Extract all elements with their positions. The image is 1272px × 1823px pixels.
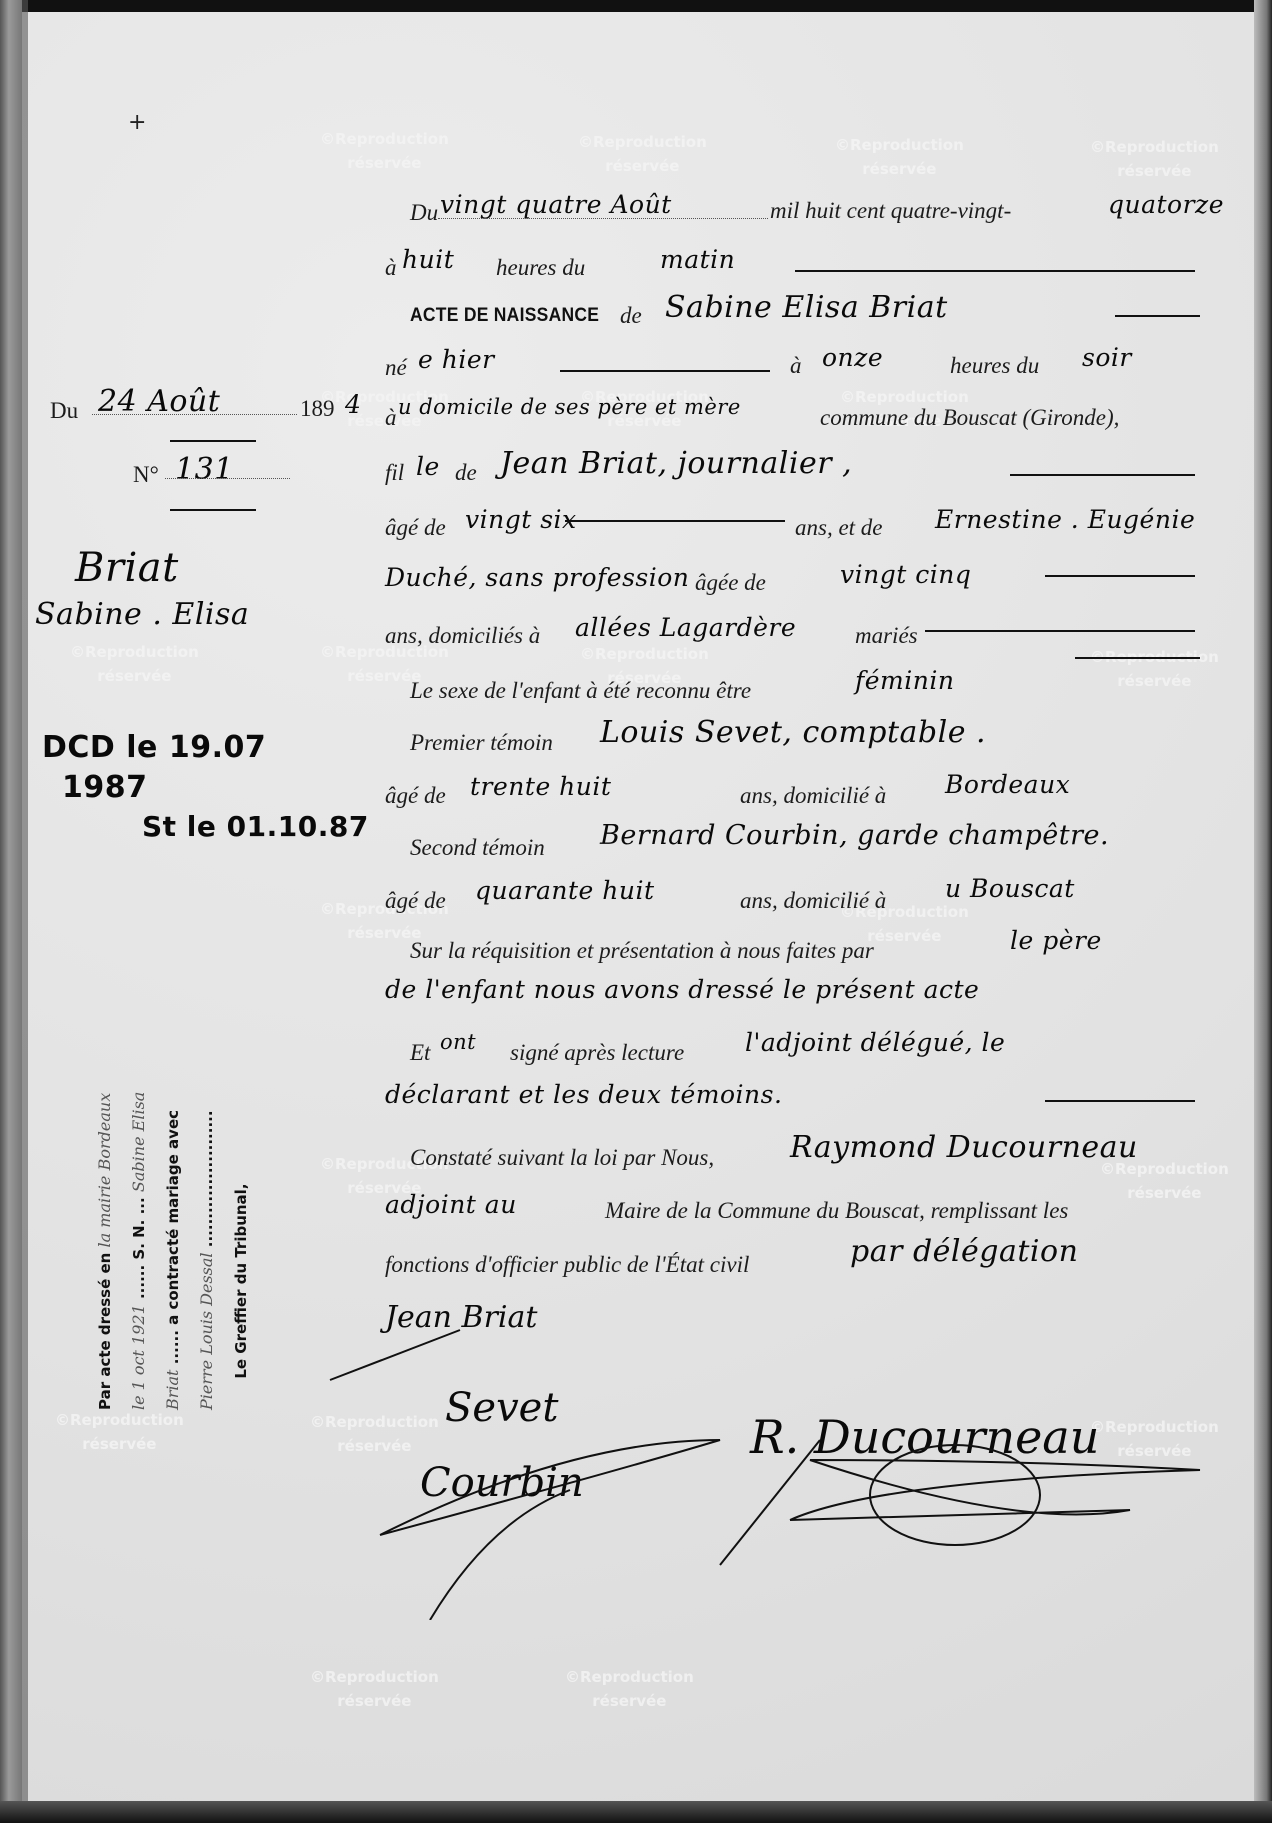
officer-name: Raymond Ducourneau [790, 1130, 1138, 1165]
second-witness-residence: u Bouscat [945, 874, 1075, 903]
margin-rule [170, 509, 256, 511]
document-title: ACTE DE NAISSANCE [410, 305, 599, 327]
text-fil: fil [385, 460, 404, 486]
parents-address: allées Lagardère [575, 613, 796, 642]
page-right-edge [1254, 0, 1272, 1823]
year-printed: mil huit cent quatre-vingt- [770, 198, 1011, 224]
text-heures-du: heures du [496, 255, 585, 281]
text-signe-apres: signé après lecture [510, 1040, 684, 1066]
watermark: ©Reproductionréservée [55, 1408, 184, 1456]
text-a: à [385, 255, 397, 281]
text-du: Du [410, 200, 438, 226]
margin-date-line [92, 414, 297, 415]
watermark: ©Reproductionréservée [578, 130, 707, 178]
watermark: ©Reproductionréservée [1090, 135, 1219, 183]
second-witness-age: quarante huit [475, 876, 655, 905]
text-maries: mariés [855, 623, 918, 649]
signature-flourishes [320, 1320, 1220, 1620]
watermark: ©Reproductionréservée [835, 133, 964, 181]
text-age-de: âgé de [385, 783, 446, 809]
mother-age: vingt cinq [840, 560, 971, 589]
second-witness: Bernard Courbin, garde champêtre. [600, 820, 1109, 851]
hour-handwritten: huit [402, 245, 454, 274]
margin-surname: Briat [75, 545, 179, 591]
fill-rule [1045, 1100, 1195, 1102]
text-domicilies: ans, domiciliés à [385, 623, 540, 649]
first-witness: Louis Sevet, comptable . [600, 715, 986, 750]
margin-year-handwritten: 4 [345, 390, 361, 419]
page-binding [0, 0, 22, 1823]
fill-rule [925, 630, 1195, 632]
margin-transcription-note: St le 01.10.87 [142, 810, 369, 843]
signatories-2: déclarant et les deux témoins. [385, 1080, 782, 1109]
officer-title: adjoint au [385, 1190, 517, 1219]
child-sex: féminin [855, 666, 954, 695]
text-second-temoin: Second témoin [410, 835, 545, 861]
father-age: vingt six [465, 505, 577, 534]
fill-rule [560, 370, 770, 372]
birth-place: u domicile de ses père et mère [398, 395, 741, 419]
margin-death-note: DCD le 19.07 [42, 730, 266, 765]
text-age-de: âgé de [385, 888, 446, 914]
margin-act-number: 131 [175, 452, 234, 487]
first-witness-residence: Bordeaux [945, 770, 1070, 799]
watermark: ©Reproductionréservée [565, 1665, 694, 1713]
text-domicilie: ans, domicilié à [740, 888, 886, 914]
marriage-mention-stamp: Par acte dressé en la mairie Bordeaux le… [88, 1092, 258, 1410]
scan-top-edge [0, 0, 1272, 12]
page-binding-shadow [22, 0, 28, 1823]
father-name-occupation: Jean Briat, journalier , [500, 446, 852, 481]
fill-rule [1115, 315, 1200, 317]
text-ont: ont [440, 1030, 476, 1054]
text-requisition: Sur la réquisition et présentation à nou… [410, 938, 874, 964]
text-a: à [790, 353, 802, 379]
text-domicilie: ans, domicilié à [740, 783, 886, 809]
child-name: Sabine Elisa Briat [665, 290, 948, 325]
text-age-de: âgé de [385, 515, 446, 541]
birth-time-of-day: soir [1082, 343, 1132, 372]
pencil-cross-mark: + [128, 110, 146, 135]
watermark: ©Reproductionréservée [310, 1665, 439, 1713]
fill-rule [1010, 474, 1195, 476]
signatories-1: l'adjoint délégué, le [745, 1028, 1005, 1057]
margin-given-names: Sabine . Elisa [35, 597, 249, 632]
text-de: de [620, 303, 642, 329]
margin-year-printed: 189 [300, 396, 335, 422]
mother-surname-profession: Duché, sans profession [385, 563, 689, 592]
commune-text: commune du Bouscat (Gironde), [820, 405, 1119, 431]
gender-suffix: le [416, 452, 440, 481]
watermark: ©Reproductionréservée [320, 127, 449, 175]
birth-day: e hier [418, 345, 495, 374]
first-witness-age: trente huit [470, 772, 611, 801]
margin-number-prefix: N° [133, 462, 159, 488]
date-handwritten: vingt quatre Août [440, 190, 672, 219]
watermark: ©Reproductionréservée [70, 640, 199, 688]
declaration-text: de l'enfant nous avons dressé le présent… [385, 975, 979, 1004]
by-delegation: par délégation [850, 1234, 1078, 1269]
fill-rule [1045, 575, 1195, 577]
margin-rule [170, 440, 256, 442]
fill-line [438, 218, 768, 219]
text-constate: Constaté suivant la loi par Nous, [410, 1145, 714, 1171]
text-premier-temoin: Premier témoin [410, 730, 553, 756]
margin-death-year: 1987 [62, 770, 148, 805]
text-et: Et [410, 1040, 430, 1066]
scan-bottom-edge [0, 1801, 1272, 1823]
text-de: de [455, 460, 477, 486]
fill-rule [795, 270, 1195, 272]
watermark: ©Reproductionréservée [1090, 645, 1219, 693]
fill-rule [1075, 657, 1200, 659]
text-a: à [385, 405, 397, 431]
margin-date-prefix: Du [50, 398, 78, 424]
birth-hour: onze [822, 343, 883, 372]
year-handwritten: quatorze [1108, 190, 1224, 219]
text-ans-et-de: ans, et de [795, 515, 883, 541]
text-maire: Maire de la Commune du Bouscat, rempliss… [605, 1198, 1068, 1224]
text-sexe: Le sexe de l'enfant à été reconnu être [410, 678, 751, 704]
mother-given-names: Ernestine . Eugénie [935, 505, 1195, 534]
text-ne: né [385, 355, 407, 381]
declarant: le père [1010, 926, 1102, 955]
text-fonctions: fonctions d'officier public de l'État ci… [385, 1252, 749, 1278]
text-agee-de: âgée de [695, 570, 766, 596]
text-heures-du: heures du [950, 353, 1039, 379]
fill-rule [565, 520, 785, 522]
margin-number-line [165, 478, 290, 479]
time-of-day: matin [660, 245, 735, 274]
